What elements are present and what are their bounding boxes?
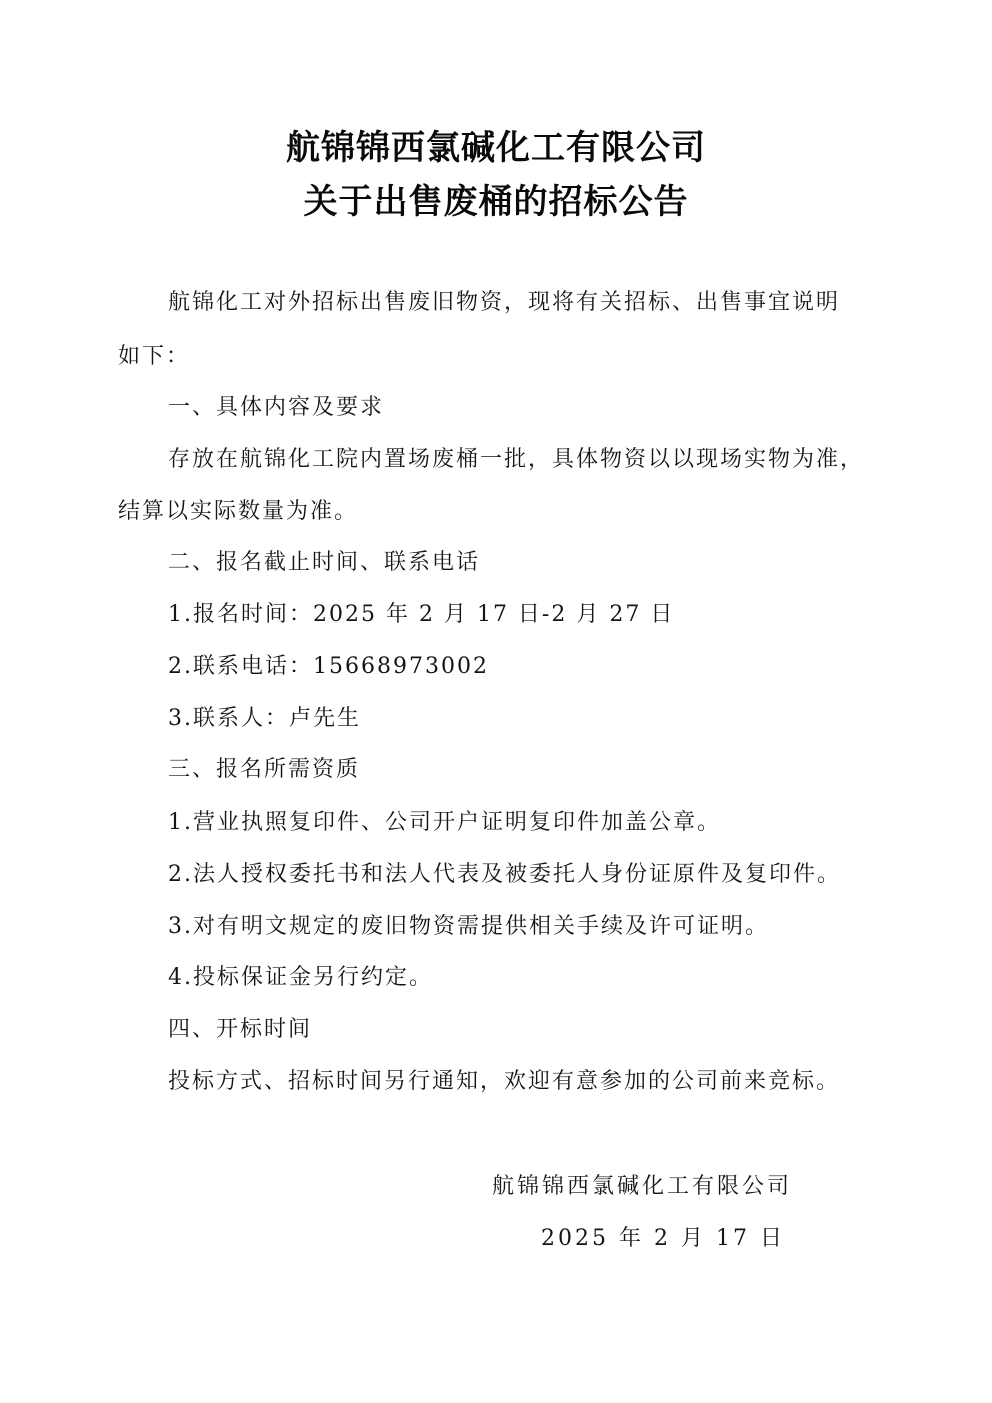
- section4-body: 投标方式、招标时间另行通知，欢迎有意参加的公司前来竞标。: [168, 1067, 840, 1097]
- section3-item-3: 3.对有明文规定的废旧物资需提供相关手续及许可证明。: [168, 912, 769, 942]
- section4-heading: 四、开标时间: [168, 1015, 312, 1045]
- document-title-line2: 关于出售废桶的招标公告: [0, 182, 992, 222]
- document-title-line1: 航锦锦西氯碱化工有限公司: [0, 128, 992, 168]
- section3-item-1: 1.营业执照复印件、公司开户证明复印件加盖公章。: [168, 808, 721, 838]
- document-page: 航锦锦西氯碱化工有限公司 关于出售废桶的招标公告 航锦化工对外招标出售废旧物资，…: [0, 0, 992, 1403]
- signature-date: 2025 年 2 月 17 日: [541, 1224, 785, 1254]
- section2-item-registration-time: 1.报名时间：2025 年 2 月 17 日-2 月 27 日: [168, 600, 674, 630]
- section1-body-line2: 结算以实际数量为准。: [118, 497, 358, 527]
- section3-heading: 三、报名所需资质: [168, 755, 360, 785]
- signature-company: 航锦锦西氯碱化工有限公司: [492, 1172, 792, 1202]
- section2-heading: 二、报名截止时间、联系电话: [168, 548, 480, 578]
- section1-body-line1: 存放在航锦化工院内置场废桶一批，具体物资以以现场实物为准，: [168, 445, 864, 475]
- section3-item-4: 4.投标保证金另行约定。: [168, 963, 433, 993]
- section3-item-2: 2.法人授权委托书和法人代表及被委托人身份证原件及复印件。: [168, 860, 841, 890]
- intro-paragraph-line2: 如下：: [118, 342, 190, 372]
- section1-heading: 一、具体内容及要求: [168, 393, 384, 423]
- intro-paragraph-line1: 航锦化工对外招标出售废旧物资，现将有关招标、出售事宜说明: [168, 288, 840, 318]
- section2-item-contact: 3.联系人：卢先生: [168, 704, 361, 734]
- section2-item-phone: 2.联系电话：15668973002: [168, 652, 489, 682]
